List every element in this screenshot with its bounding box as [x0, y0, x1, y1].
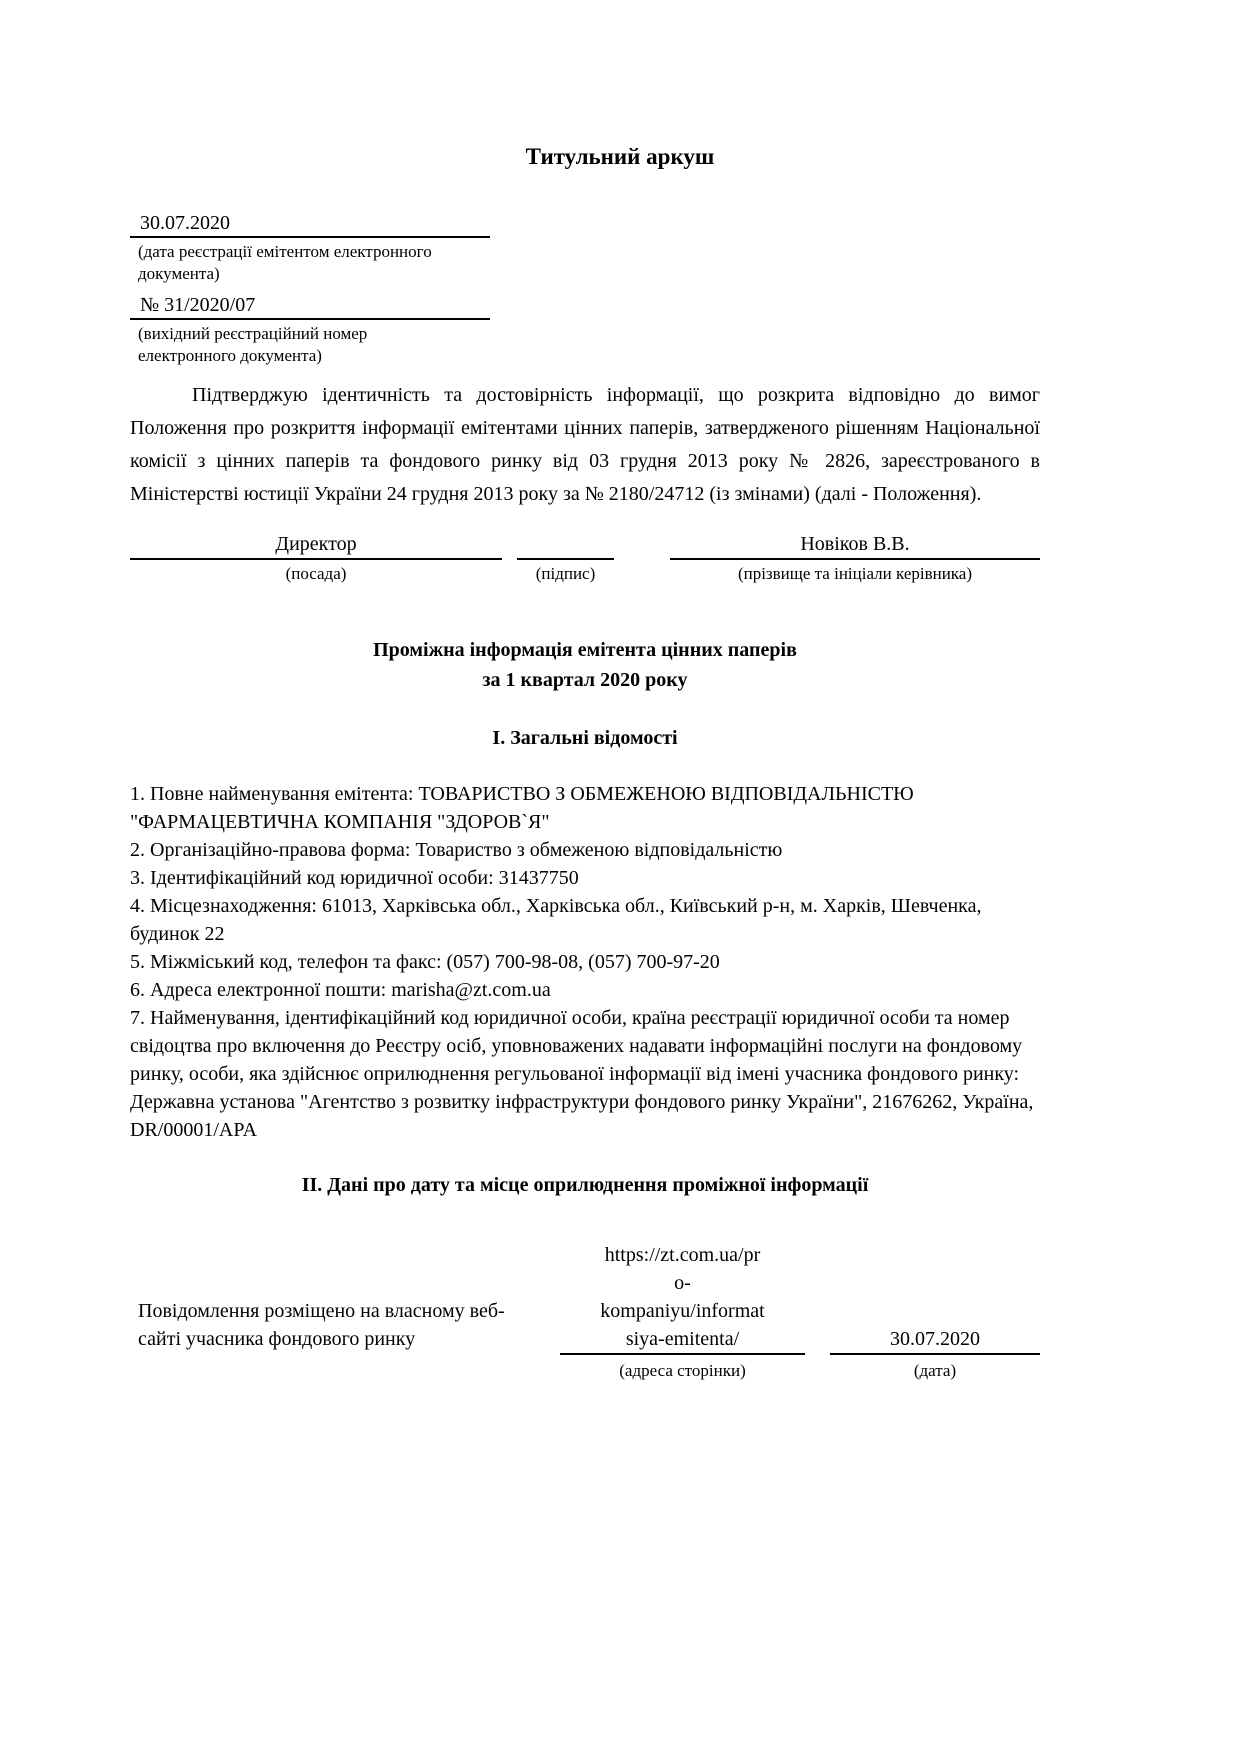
registration-date-field: 30.07.2020 (дата реєстрації емітентом ел…: [130, 210, 490, 285]
general-info-item-6: 6. Адреса електронної пошти: marisha@zt.…: [130, 976, 1040, 1004]
general-info-item-1: 1. Повне найменування емітента: ТОВАРИСТ…: [130, 780, 1040, 836]
signature-sign-caption: (підпис): [517, 563, 614, 585]
signature-sign-column: (підпис): [517, 533, 614, 585]
general-info-item-7: 7. Найменування, ідентифікаційний код юр…: [130, 1004, 1040, 1144]
report-title: Проміжна інформація емітента цінних папе…: [130, 635, 1040, 695]
document-page: Титульний аркуш 30.07.2020 (дата реєстра…: [0, 0, 1240, 1754]
signature-position-caption: (посада): [130, 563, 502, 585]
general-info-item-3: 3. Ідентифікаційний код юридичної особи:…: [130, 864, 1040, 892]
registration-number-value: № 31/2020/07: [130, 292, 490, 320]
general-info-item-2: 2. Організаційно-правова форма: Товарист…: [130, 836, 1040, 864]
registration-number-caption: (вихідний реєстраційний номер електронно…: [130, 323, 460, 367]
registration-block: 30.07.2020 (дата реєстрації емітентом ел…: [130, 210, 490, 367]
registration-number-field: № 31/2020/07 (вихідний реєстраційний ном…: [130, 292, 490, 367]
publication-date-caption: (дата): [830, 1360, 1040, 1382]
document-content: 30.07.2020 (дата реєстрації емітентом ел…: [130, 210, 1040, 1382]
publication-address-line2: o-: [560, 1269, 805, 1297]
signature-position-column: Директор (посада): [130, 531, 502, 585]
report-title-line1: Проміжна інформація емітента цінних папе…: [130, 635, 1040, 665]
publication-address-caption: (адреса сторінки): [560, 1360, 805, 1382]
signature-name-caption: (прізвище та ініціали керівника): [670, 563, 1040, 585]
signature-name-column: Новіков В.В. (прізвище та ініціали керів…: [670, 531, 1040, 585]
publication-row: Повідомлення розміщено на власному веб-с…: [130, 1241, 1040, 1382]
confirmation-paragraph: Підтверджую ідентичність та достовірніст…: [130, 379, 1040, 511]
publication-address-line1: https://zt.com.ua/pr: [560, 1241, 805, 1269]
publication-address-column: https://zt.com.ua/pr o- kompaniyu/inform…: [560, 1241, 805, 1382]
section2-heading: ІІ. Дані про дату та місце оприлюднення …: [130, 1172, 1040, 1199]
signature-position-value: Директор: [130, 531, 502, 560]
publication-date-value: 30.07.2020: [830, 1325, 1040, 1355]
general-info-item-4: 4. Місцезнаходження: 61013, Харківська о…: [130, 892, 1040, 948]
signature-row: Директор (посада) (підпис) Новіков В.В. …: [130, 531, 1040, 585]
general-info-item-5: 5. Міжміський код, телефон та факс: (057…: [130, 948, 1040, 976]
signature-name-value: Новіков В.В.: [670, 531, 1040, 560]
section1-heading: І. Загальні відомості: [130, 725, 1040, 752]
publication-date-column: 30.07.2020 (дата): [830, 1325, 1040, 1382]
report-title-line2: за 1 квартал 2020 року: [130, 665, 1040, 695]
publication-label: Повідомлення розміщено на власному веб-с…: [130, 1297, 530, 1382]
publication-address-value: https://zt.com.ua/pr o- kompaniyu/inform…: [560, 1241, 805, 1355]
registration-date-caption: (дата реєстрації емітентом електронного …: [130, 241, 460, 285]
signature-sign-line: [517, 533, 614, 560]
general-info-list: 1. Повне найменування емітента: ТОВАРИСТ…: [130, 780, 1040, 1144]
page-title: Титульний аркуш: [0, 143, 1240, 170]
publication-address-line3: kompaniyu/informat: [560, 1297, 805, 1325]
publication-address-line4: siya-emitenta/: [560, 1325, 805, 1353]
registration-date-value: 30.07.2020: [130, 210, 490, 238]
